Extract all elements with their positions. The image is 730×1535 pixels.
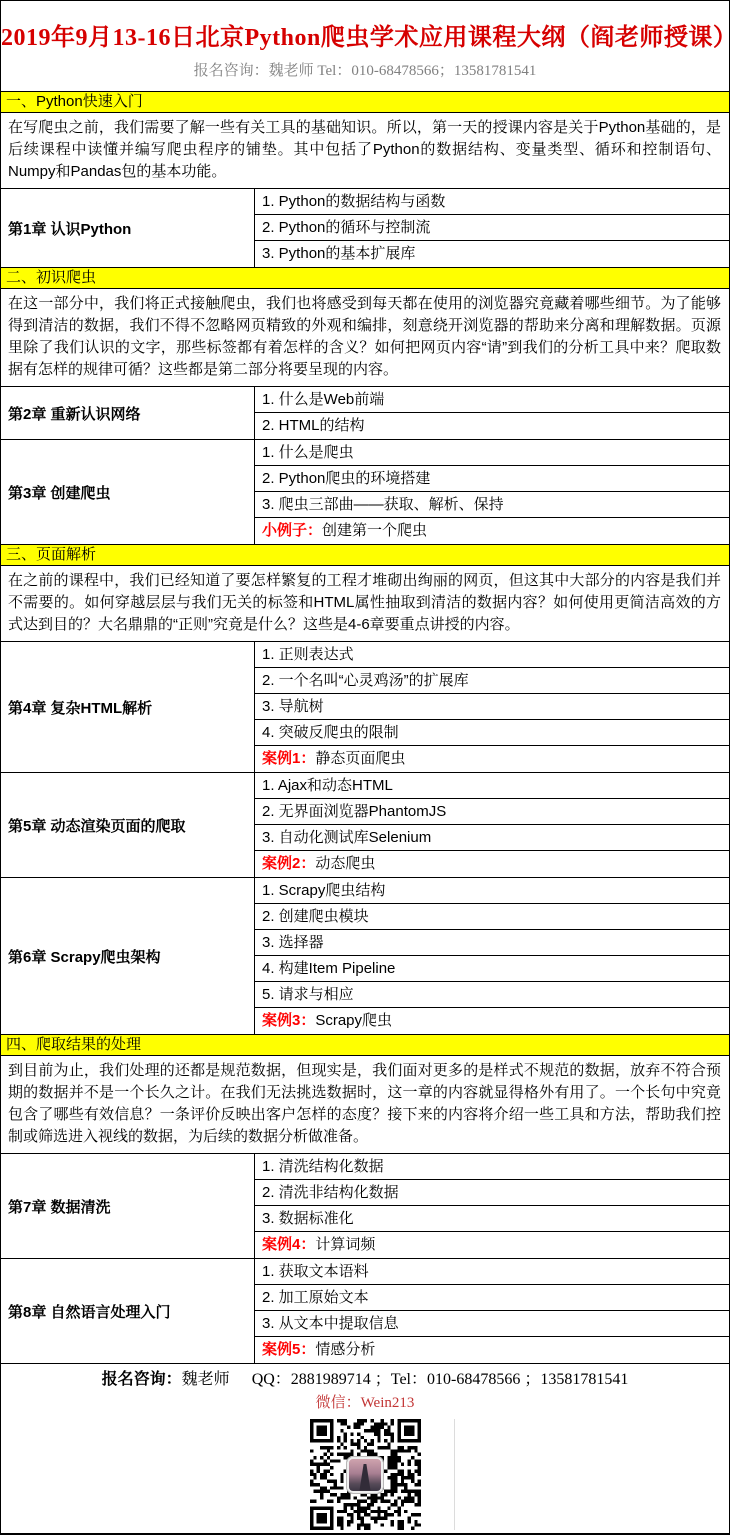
case-row: 案例4：计算词频	[255, 1232, 729, 1258]
case-row: 案例3：Scrapy爬虫	[255, 1008, 729, 1034]
course-item-row: 3. 导航树	[255, 694, 729, 720]
course-item-row: 2. 创建爬虫模块	[255, 904, 729, 930]
section-header: 二、初识爬虫	[1, 267, 729, 289]
course-outline-page: 2019年9月13-16日北京Python爬虫学术应用课程大纲（阎老师授课） 报…	[0, 0, 730, 1535]
contact-subtitle: 报名咨询：魏老师 Tel：010-68478566；13581781541	[1, 59, 729, 80]
chapter-name: 第1章 认识Python	[1, 189, 255, 267]
case-row: 案例2：动态爬虫	[255, 851, 729, 877]
chapter-name: 第6章 Scrapy爬虫架构	[1, 878, 255, 1034]
chapter-items: 1. 什么是Web前端2. HTML的结构	[255, 387, 729, 439]
contact-label: 报名咨询：	[102, 1371, 182, 1388]
course-item-row: 3. 从文本中提取信息	[255, 1311, 729, 1337]
chapter-table: 第7章 数据清洗1. 清洗结构化数据2. 清洗非结构化数据3. 数据标准化案例4…	[1, 1153, 729, 1258]
wechat-id: 微信：Wein213	[1, 1393, 729, 1413]
course-item-row: 1. Scrapy爬虫结构	[255, 878, 729, 904]
page-footer: 报名咨询：魏老师QQ：2881989714 ；Tel：010-68478566 …	[1, 1363, 729, 1415]
course-item-row: 1. 获取文本语料	[255, 1259, 729, 1285]
chapter-table: 第8章 自然语言处理入门1. 获取文本语料2. 加工原始文本3. 从文本中提取信…	[1, 1258, 729, 1363]
case-label: 案例5：	[262, 1341, 315, 1358]
contact-numbers: QQ：2881989714 ；Tel：010-68478566 ；1358178…	[252, 1371, 629, 1388]
course-item-row: 1. 什么是Web前端	[255, 387, 729, 413]
course-item-row: 3. Python的基本扩展库	[255, 241, 729, 267]
case-text: 动态爬虫	[315, 855, 375, 872]
qr-area	[1, 1415, 729, 1533]
chapter-table: 第4章 复杂HTML解析1. 正则表达式2. 一个名叫“心灵鸡汤”的扩展库3. …	[1, 641, 729, 772]
case-text: 静态页面爬虫	[315, 750, 405, 767]
course-item-row: 2. 一个名叫“心灵鸡汤”的扩展库	[255, 668, 729, 694]
chapter-name: 第8章 自然语言处理入门	[1, 1259, 255, 1363]
course-item-row: 2. 清洗非结构化数据	[255, 1180, 729, 1206]
table-cell-border-artifact	[454, 1419, 455, 1530]
section-description: 在之前的课程中，我们已经知道了要怎样繁复的工程才堆砌出绚丽的网页，但这其中大部分…	[1, 566, 729, 641]
chapter-items: 1. Scrapy爬虫结构2. 创建爬虫模块3. 选择器4. 构建Item Pi…	[255, 878, 729, 1034]
sections-container: 一、Python快速入门在写爬虫之前，我们需要了解一些有关工具的基础知识。所以，…	[1, 91, 729, 1363]
case-text: 计算词频	[315, 1236, 375, 1253]
course-item-row: 1. Python的数据结构与函数	[255, 189, 729, 215]
chapter-table: 第5章 动态渲染页面的爬取1. Ajax和动态HTML2. 无界面浏览器Phan…	[1, 772, 729, 877]
section-description: 在这一部分中，我们将正式接触爬虫，我们也将感受到每天都在使用的浏览器究竟藏着哪些…	[1, 289, 729, 386]
course-item-row: 1. 清洗结构化数据	[255, 1154, 729, 1180]
chapter-items: 1. 获取文本语料2. 加工原始文本3. 从文本中提取信息案例5：情感分析	[255, 1259, 729, 1363]
chapter-name: 第2章 重新认识网络	[1, 387, 255, 439]
case-label: 小例子：	[262, 522, 322, 539]
course-item-row: 4. 构建Item Pipeline	[255, 956, 729, 982]
chapter-items: 1. Ajax和动态HTML2. 无界面浏览器PhantomJS3. 自动化测试…	[255, 773, 729, 877]
chapter-items: 1. 什么是爬虫2. Python爬虫的环境搭建3. 爬虫三部曲——获取、解析、…	[255, 440, 729, 544]
chapter-table: 第3章 创建爬虫1. 什么是爬虫2. Python爬虫的环境搭建3. 爬虫三部曲…	[1, 439, 729, 544]
course-item-row: 3. 选择器	[255, 930, 729, 956]
chapter-name: 第5章 动态渲染页面的爬取	[1, 773, 255, 877]
contact-name: 魏老师	[182, 1371, 230, 1388]
case-row: 小例子：创建第一个爬虫	[255, 518, 729, 544]
case-text: 创建第一个爬虫	[322, 522, 427, 539]
course-item-row: 2. Python爬虫的环境搭建	[255, 466, 729, 492]
course-item-row: 1. 什么是爬虫	[255, 440, 729, 466]
course-item-row: 2. Python的循环与控制流	[255, 215, 729, 241]
case-label: 案例2：	[262, 855, 315, 872]
chapter-name: 第4章 复杂HTML解析	[1, 642, 255, 772]
page-header: 2019年9月13-16日北京Python爬虫学术应用课程大纲（阎老师授课） 报…	[1, 1, 729, 91]
course-item-row: 1. Ajax和动态HTML	[255, 773, 729, 799]
course-item-row: 3. 数据标准化	[255, 1206, 729, 1232]
case-text: 情感分析	[315, 1341, 375, 1358]
case-text: Scrapy爬虫	[315, 1012, 392, 1029]
chapter-items: 1. Python的数据结构与函数2. Python的循环与控制流3. Pyth…	[255, 189, 729, 267]
course-item-row: 3. 自动化测试库Selenium	[255, 825, 729, 851]
section-header: 四、爬取结果的处理	[1, 1034, 729, 1056]
qr-center-photo	[347, 1457, 383, 1493]
course-item-row: 4. 突破反爬虫的限制	[255, 720, 729, 746]
section-header: 一、Python快速入门	[1, 91, 729, 113]
case-label: 案例4：	[262, 1236, 315, 1253]
chapter-name: 第3章 创建爬虫	[1, 440, 255, 544]
course-item-row: 2. 加工原始文本	[255, 1285, 729, 1311]
chapter-name: 第7章 数据清洗	[1, 1154, 255, 1258]
page-title: 2019年9月13-16日北京Python爬虫学术应用课程大纲（阎老师授课）	[1, 17, 729, 52]
case-label: 案例1：	[262, 750, 315, 767]
section-description: 在写爬虫之前，我们需要了解一些有关工具的基础知识。所以，第一天的授课内容是关于P…	[1, 113, 729, 188]
course-item-row: 1. 正则表达式	[255, 642, 729, 668]
wechat-qr-code	[310, 1419, 421, 1530]
tower-silhouette	[360, 1464, 371, 1491]
case-row: 案例1：静态页面爬虫	[255, 746, 729, 772]
course-item-row: 5. 请求与相应	[255, 982, 729, 1008]
course-item-row: 2. HTML的结构	[255, 413, 729, 439]
section-header: 三、页面解析	[1, 544, 729, 566]
chapter-items: 1. 正则表达式2. 一个名叫“心灵鸡汤”的扩展库3. 导航树4. 突破反爬虫的…	[255, 642, 729, 772]
chapter-table: 第6章 Scrapy爬虫架构1. Scrapy爬虫结构2. 创建爬虫模块3. 选…	[1, 877, 729, 1034]
case-label: 案例3：	[262, 1012, 315, 1029]
case-row: 案例5：情感分析	[255, 1337, 729, 1363]
course-item-row: 3. 爬虫三部曲——获取、解析、保持	[255, 492, 729, 518]
chapter-table: 第1章 认识Python1. Python的数据结构与函数2. Python的循…	[1, 188, 729, 267]
contact-line: 报名咨询：魏老师QQ：2881989714 ；Tel：010-68478566 …	[1, 1369, 729, 1391]
chapter-items: 1. 清洗结构化数据2. 清洗非结构化数据3. 数据标准化案例4：计算词频	[255, 1154, 729, 1258]
chapter-table: 第2章 重新认识网络1. 什么是Web前端2. HTML的结构	[1, 386, 729, 439]
course-item-row: 2. 无界面浏览器PhantomJS	[255, 799, 729, 825]
section-description: 到目前为止，我们处理的还都是规范数据，但现实是，我们面对更多的是样式不规范的数据…	[1, 1056, 729, 1153]
